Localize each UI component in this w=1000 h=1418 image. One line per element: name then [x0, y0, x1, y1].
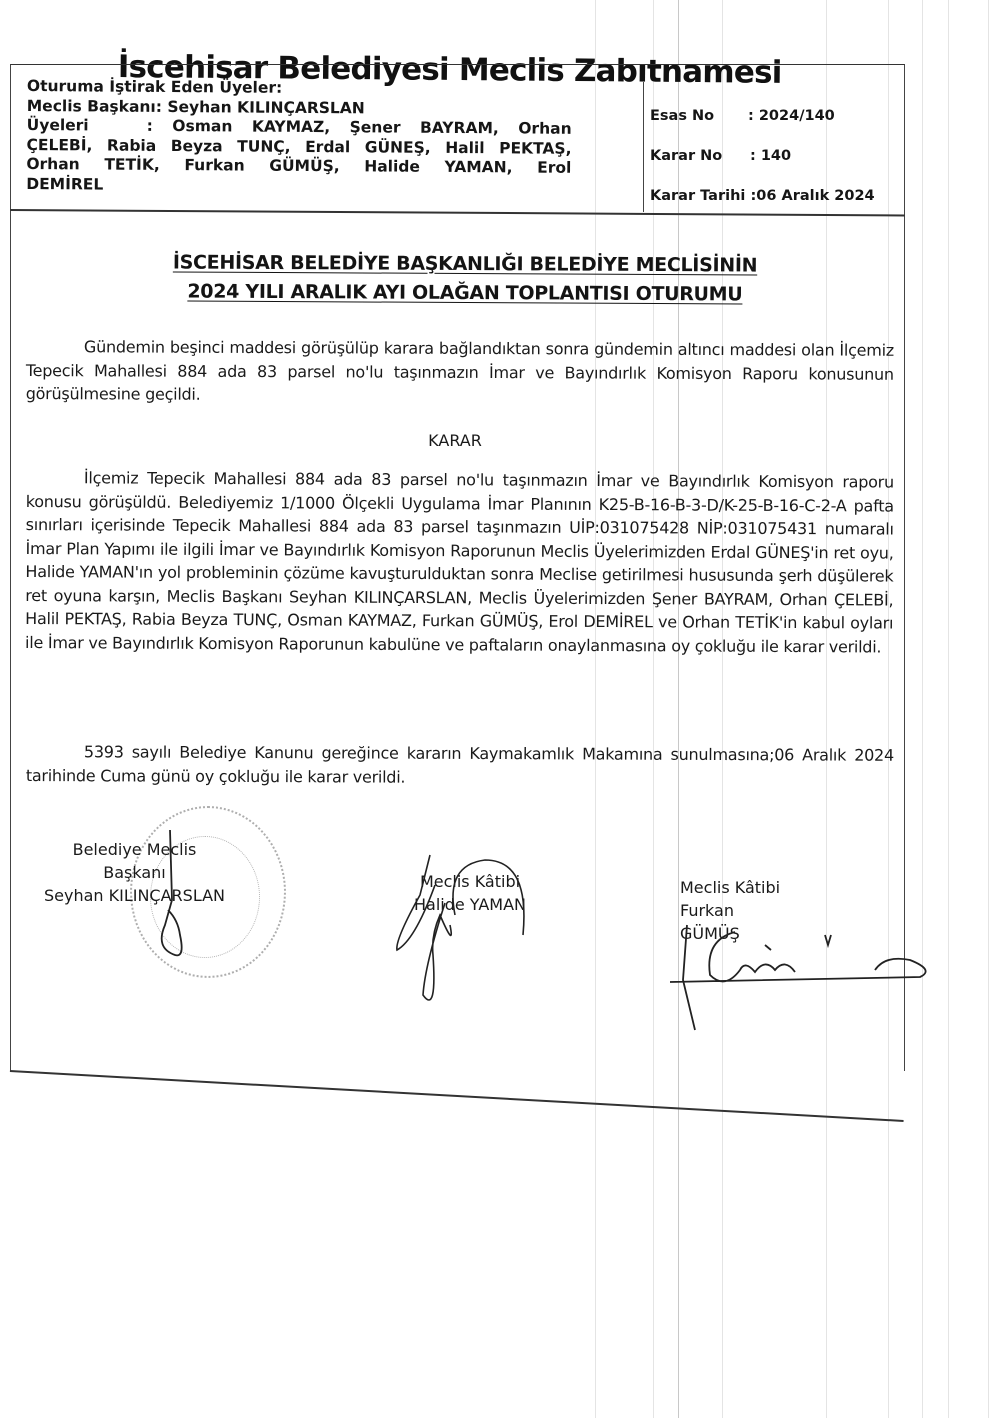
esas-no-value: : 2024/140 — [748, 108, 835, 124]
chair-label: Meclis Başkanı: — [27, 96, 162, 115]
decision-paragraph: İlçemiz Tepecik Mahallesi 884 ada 83 par… — [25, 466, 894, 659]
attendees-block: Oturuma İştirak Eden Üyeler: Meclis Başk… — [26, 77, 572, 198]
karar-tarihi-row: Karar Tarihi :06 Aralık 2024 — [650, 188, 900, 228]
members-line-1: : Osman KAYMAZ, Şener BAYRAM, Orhan — [147, 117, 572, 138]
karar-tarihi-value: :06 Aralık 2024 — [750, 188, 874, 204]
closing-paragraph: 5393 sayılı Belediye Kanunu gereğince ka… — [26, 740, 894, 791]
clerk-2-signature-icon — [665, 920, 925, 1040]
header-column-divider — [643, 82, 644, 212]
closing-paragraph-text: 5393 sayılı Belediye Kanunu gereğince ka… — [26, 742, 894, 786]
frame-bottom-border — [10, 1070, 904, 1122]
karar-no-value: : 140 — [750, 148, 791, 164]
esas-no-row: Esas No: 2024/140 — [650, 108, 900, 148]
chair-name: Seyhan KILINÇARSLAN — [167, 97, 365, 116]
decision-paragraph-text: İlçemiz Tepecik Mahallesi 884 ada 83 par… — [25, 468, 894, 656]
chair-signature-icon — [150, 830, 270, 980]
members-line-3: Orhan TETİK, Furkan GÜMÜŞ, Halide YAMAN,… — [26, 155, 571, 178]
karar-heading: KARAR — [0, 431, 910, 450]
session-title-line-1: İSCEHİSAR BELEDİYE BAŞKANLIĞI BELEDİYE M… — [100, 248, 830, 281]
signatory-clerk-2-title: Meclis Kâtibi — [680, 876, 790, 899]
karar-no-label: Karar No — [650, 148, 750, 164]
intro-paragraph: Gündemin beşinci maddesi görüşülüp karar… — [26, 335, 894, 409]
clerk-1-signature-icon — [385, 855, 545, 1025]
intro-paragraph-text: Gündemin beşinci maddesi görüşülüp karar… — [26, 337, 894, 404]
scan-artifact-line — [948, 0, 949, 1418]
karar-tarihi-label: Karar Tarihi — [650, 188, 745, 204]
scan-artifact-line — [988, 0, 989, 1418]
decision-meta: Esas No: 2024/140 Karar No: 140 Karar Ta… — [650, 108, 900, 228]
members-label: Üyeleri — [27, 116, 147, 136]
session-title-line-2: 2024 YILI ARALIK AYI OLAĞAN TOPLANTISI O… — [100, 277, 830, 310]
session-title: İSCEHİSAR BELEDİYE BAŞKANLIĞI BELEDİYE M… — [100, 248, 830, 310]
karar-no-row: Karar No: 140 — [650, 148, 900, 188]
members-line-4: DEMİREL — [26, 174, 571, 197]
scan-artifact-line — [922, 0, 923, 1418]
esas-no-label: Esas No — [650, 108, 748, 124]
